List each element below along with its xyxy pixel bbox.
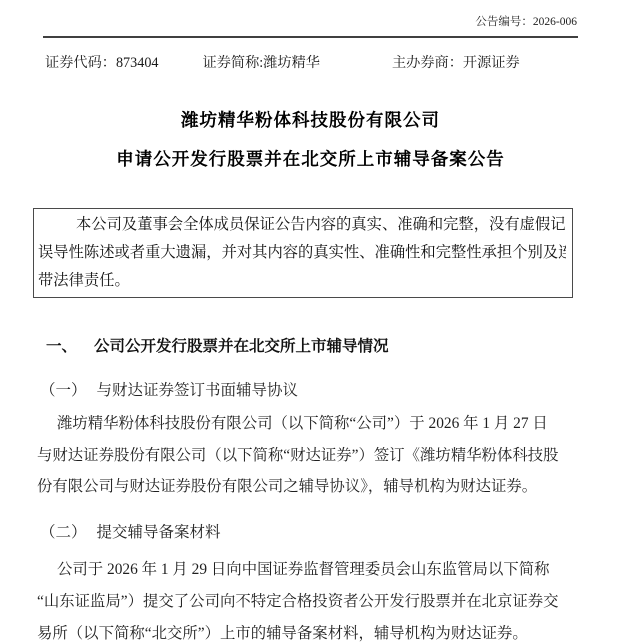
subsection-1-2-heading: （二）提交辅导备案材料 — [40, 524, 621, 542]
paragraph-tutoring-agreement: 潍坊精华粉体科技股份有限公司（以下简称“公司”）于 2026 年 1 月 27 … — [37, 408, 621, 503]
section-1-number: 一、 — [46, 338, 77, 355]
securities-info-row: 证券代码：873404证券简称:潍坊精华主办券商：开源证券 — [0, 54, 621, 72]
paragraph-line: 份有限公司与财达证券股份有限公司之辅导协议》，辅导机构为财达证券。 — [37, 471, 621, 503]
declaration-box: 本公司及董事会全体成员保证公告内容的真实、准确和完整，没有虚假记载、 误导性陈述… — [33, 208, 573, 298]
subsection-1-1-number: （一） — [40, 382, 87, 399]
paragraph-line: “山东证监局”）提交了公司向不特定合格投资者公开发行股票并在北京证券交 — [37, 586, 621, 618]
company-name-title: 潍坊精华粉体科技股份有限公司 — [0, 109, 621, 131]
announcement-page: 公告编号：2026-006 证券代码：873404证券简称:潍坊精华主办券商：开… — [0, 0, 621, 642]
announcement-subject-title: 申请公开发行股票并在北交所上市辅导备案公告 — [0, 148, 621, 170]
header-divider — [43, 36, 578, 38]
paragraph-filing-materials: 公司于 2026 年 1 月 29 日向中国证券监督管理委员会山东监管局以下简称… — [37, 554, 621, 642]
paragraph-line: 与财达证券股份有限公司（以下简称“财达证券”）签订《潍坊精华粉体科技股 — [37, 440, 621, 472]
subsection-1-1-title: 与财达证券签订书面辅导协议 — [97, 382, 299, 399]
subsection-1-2-number: （二） — [40, 524, 87, 541]
section-1-heading: 一、公司公开发行股票并在北交所上市辅导情况 — [46, 338, 621, 356]
subsection-1-1-heading: （一）与财达证券签订书面辅导协议 — [40, 382, 621, 400]
declaration-line: 带法律责任。 — [38, 267, 566, 295]
declaration-line: 误导性陈述或者重大遗漏，并对其内容的真实性、准确性和完整性承担个别及连 — [38, 239, 566, 267]
stock-short-name-label: 证券简称:潍坊精华 — [203, 55, 320, 71]
lead-broker-label: 主办券商：开源证券 — [392, 55, 520, 71]
section-1-title: 公司公开发行股票并在北交所上市辅导情况 — [94, 338, 389, 355]
stock-code-label: 证券代码：873404 — [45, 55, 159, 71]
subsection-1-2-title: 提交辅导备案材料 — [97, 524, 221, 541]
paragraph-line: 潍坊精华粉体科技股份有限公司（以下简称“公司”）于 2026 年 1 月 27 … — [37, 408, 621, 440]
declaration-line: 本公司及董事会全体成员保证公告内容的真实、准确和完整，没有虚假记载、 — [38, 211, 566, 239]
paragraph-line: 易所（以下简称“北交所”）上市的辅导备案材料，辅导机构为财达证券。 — [37, 618, 621, 642]
paragraph-line: 公司于 2026 年 1 月 29 日向中国证券监督管理委员会山东监管局以下简称 — [37, 554, 621, 586]
announcement-number: 公告编号：2026-006 — [0, 0, 621, 29]
